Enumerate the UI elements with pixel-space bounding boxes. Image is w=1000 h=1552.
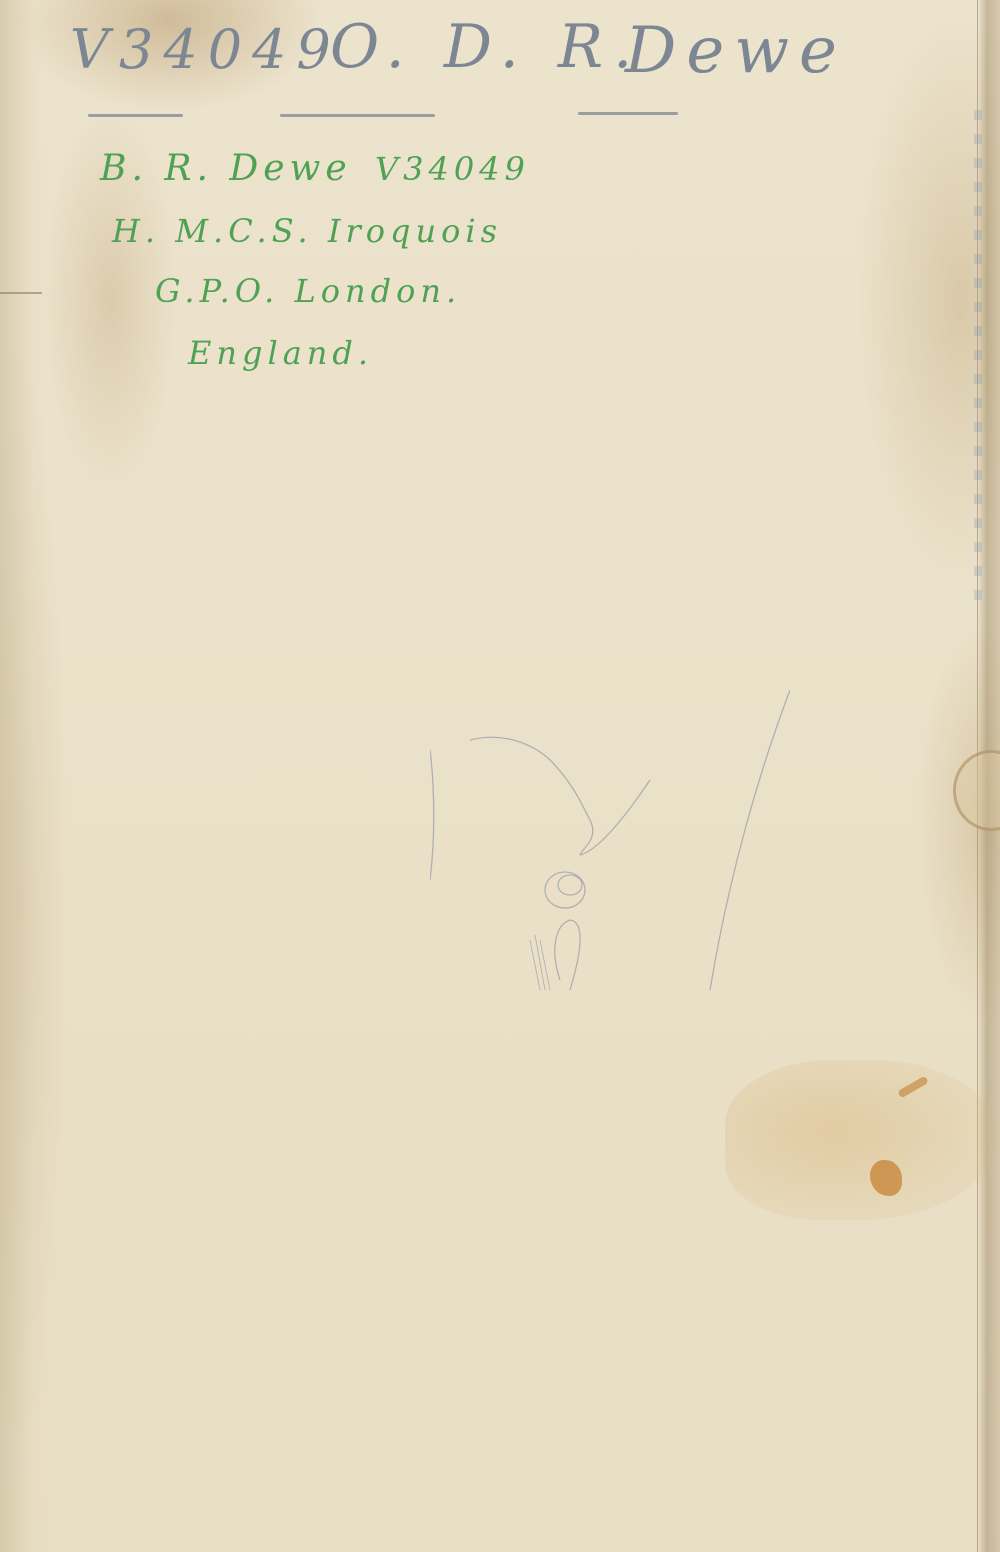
address-number: V34049 [375, 150, 530, 188]
service-number-pencil: V34049 [70, 18, 341, 81]
surname-pencil: Dewe [625, 14, 847, 88]
pencil-underline-2 [280, 114, 435, 117]
pencil-underline-1 [88, 114, 183, 117]
ring-stain [953, 750, 1000, 831]
initials-pencil: O. D. R. [330, 12, 642, 82]
blue-edge-marks [974, 110, 982, 610]
water-stain [725, 1060, 995, 1220]
left-spine-edge [0, 0, 46, 1552]
address-country: England. [188, 334, 373, 372]
address-name: B. R. Dewe [100, 148, 352, 189]
address-gpo: G.P.O. London. [155, 272, 461, 310]
pencil-underline-3 [578, 112, 678, 115]
document-page: V34049 O. D. R. Dewe B. R. Dewe V34049 H… [0, 0, 1000, 1552]
address-ship: H. M.C.S. Iroquois [112, 212, 502, 250]
spine-crease [0, 292, 42, 294]
pencil-sketch [430, 690, 790, 1010]
